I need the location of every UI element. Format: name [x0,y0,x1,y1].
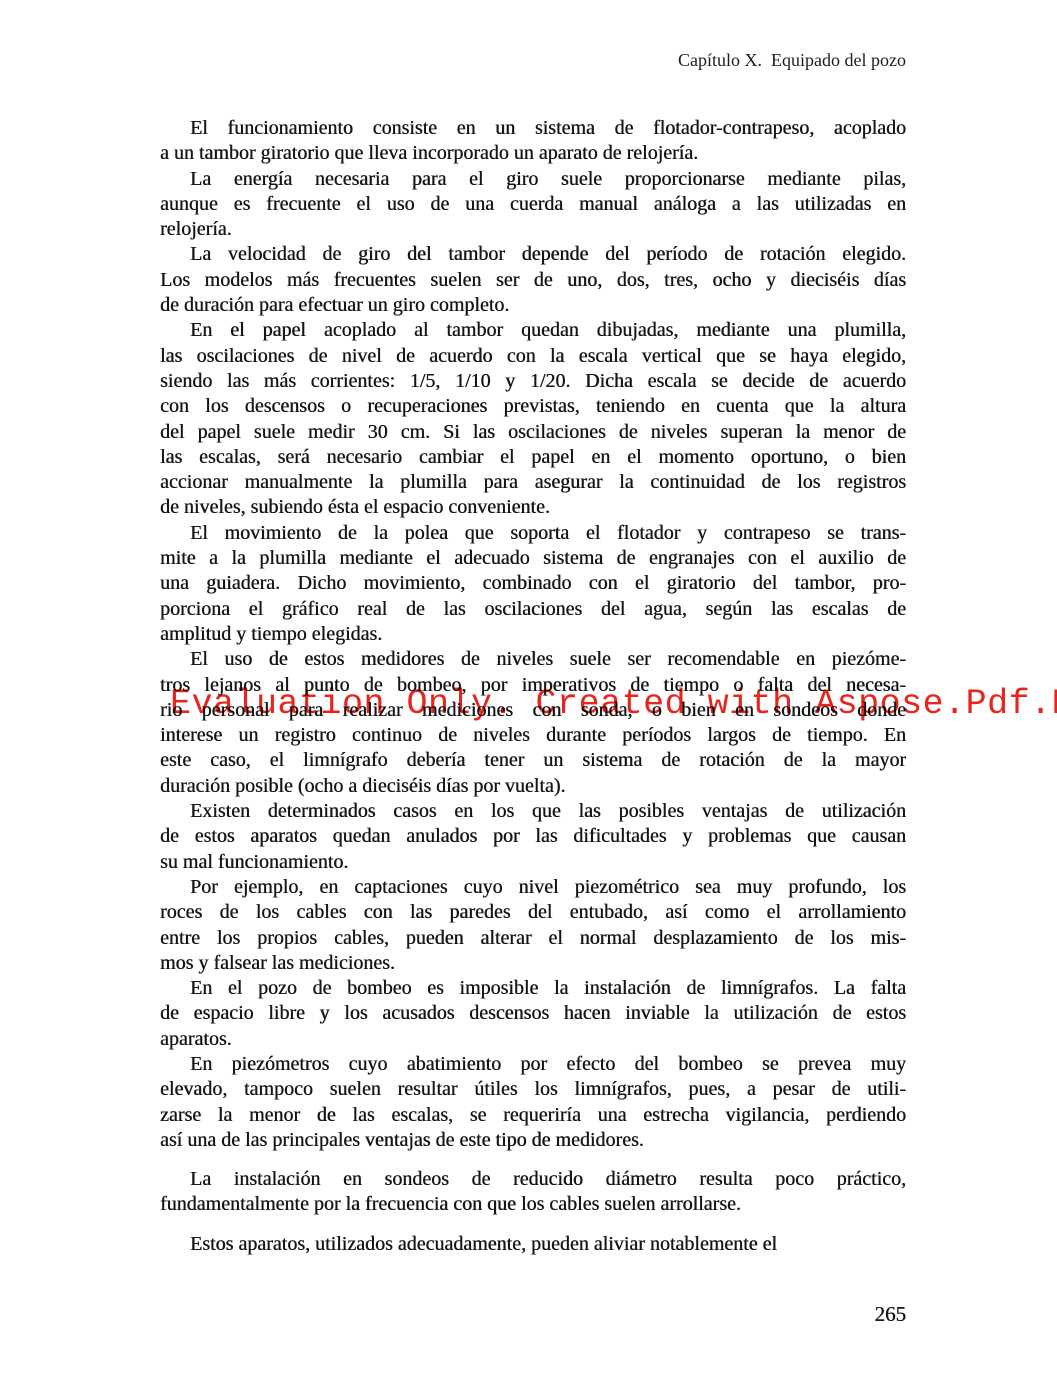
running-header: Capítulo X. Equipado del pozo [160,50,906,71]
paragraph: El uso de estos medidores de niveles sue… [160,647,906,799]
text-line: una guiadera. Dicho movimiento, combinad… [160,571,906,596]
page-number: 265 [160,1302,906,1327]
text-line: El uso de estos medidores de niveles sue… [160,647,906,672]
text-line: aparatos. [160,1027,906,1052]
text-line: aunque es frecuente el uso de una cuerda… [160,192,906,217]
document-page: Capítulo X. Equipado del pozo El funcion… [0,0,1057,1381]
text-line: mite a la plumilla mediante el adecuado … [160,546,906,571]
text-line: Los modelos más frecuentes suelen ser de… [160,268,906,293]
text-line: roces de los cables con las paredes del … [160,900,906,925]
text-line: este caso, el limnígrafo debería tener u… [160,748,906,773]
paragraph: En el pozo de bombeo es imposible la ins… [160,976,906,1052]
text-line: elevado, tampoco suelen resultar útiles … [160,1077,906,1102]
paragraph: Estos aparatos, utilizados adecuadamente… [160,1232,906,1257]
text-line: interese un registro continuo de niveles… [160,723,906,748]
paragraph: Por ejemplo, en captaciones cuyo nivel p… [160,875,906,976]
text-line: zarse la menor de las escalas, se requer… [160,1103,906,1128]
text-line: tros lejanos al punto de bombeo, por imp… [160,673,906,698]
text-line: de estos aparatos quedan anulados por la… [160,824,906,849]
text-line: El funcionamiento consiste en un sistema… [160,116,906,141]
text-line: fundamentalmente por la frecuencia con q… [160,1192,906,1217]
text-line: La energía necesaria para el giro suele … [160,167,906,192]
text-line: mos y falsear las mediciones. [160,951,906,976]
paragraph: La instalación en sondeos de reducido di… [160,1167,906,1218]
text-line: duración posible (ocho a dieciséis días … [160,774,906,799]
text-line: de duración para efectuar un giro comple… [160,293,906,318]
text-line: En el pozo de bombeo es imposible la ins… [160,976,906,1001]
text-line: entre los propios cables, pueden alterar… [160,926,906,951]
text-line: las oscilaciones de nivel de acuerdo con… [160,344,906,369]
text-line: siendo las más corrientes: 1/5, 1/10 y 1… [160,369,906,394]
text-line: de niveles, subiendo ésta el espacio con… [160,495,906,520]
text-line: En piezómetros cuyo abatimiento por efec… [160,1052,906,1077]
text-line: de espacio libre y los acusados descenso… [160,1001,906,1026]
text-line: del papel suele medir 30 cm. Si las osci… [160,420,906,445]
paragraph: La velocidad de giro del tambor depende … [160,242,906,318]
text-line: porciona el gráfico real de las oscilaci… [160,597,906,622]
text-line: Estos aparatos, utilizados adecuadamente… [160,1232,906,1257]
paragraph: En el papel acoplado al tambor quedan di… [160,318,906,520]
text-line: las escalas, será necesario cambiar el p… [160,445,906,470]
text-line: Existen determinados casos en los que la… [160,799,906,824]
paragraph: La energía necesaria para el giro suele … [160,167,906,243]
paragraph: En piezómetros cuyo abatimiento por efec… [160,1052,906,1153]
text-line: En el papel acoplado al tambor quedan di… [160,318,906,343]
body-text: El funcionamiento consiste en un sistema… [160,116,906,1257]
text-line: su mal funcionamiento. [160,850,906,875]
text-line: Por ejemplo, en captaciones cuyo nivel p… [160,875,906,900]
text-line: con los descensos o recuperaciones previ… [160,394,906,419]
text-line: amplitud y tiempo elegidas. [160,622,906,647]
text-line: La velocidad de giro del tambor depende … [160,242,906,267]
paragraph: Existen determinados casos en los que la… [160,799,906,875]
text-line: rio personal para realizar mediciones co… [160,698,906,723]
text-line: así una de las principales ventajas de e… [160,1128,906,1153]
paragraph: El funcionamiento consiste en un sistema… [160,116,906,167]
text-line: relojería. [160,217,906,242]
paragraph: El movimiento de la polea que soporta el… [160,521,906,647]
text-line: La instalación en sondeos de reducido di… [160,1167,906,1192]
text-line: El movimiento de la polea que soporta el… [160,521,906,546]
text-line: a un tambor giratorio que lleva incorpor… [160,141,906,166]
text-line: accionar manualmente la plumilla para as… [160,470,906,495]
